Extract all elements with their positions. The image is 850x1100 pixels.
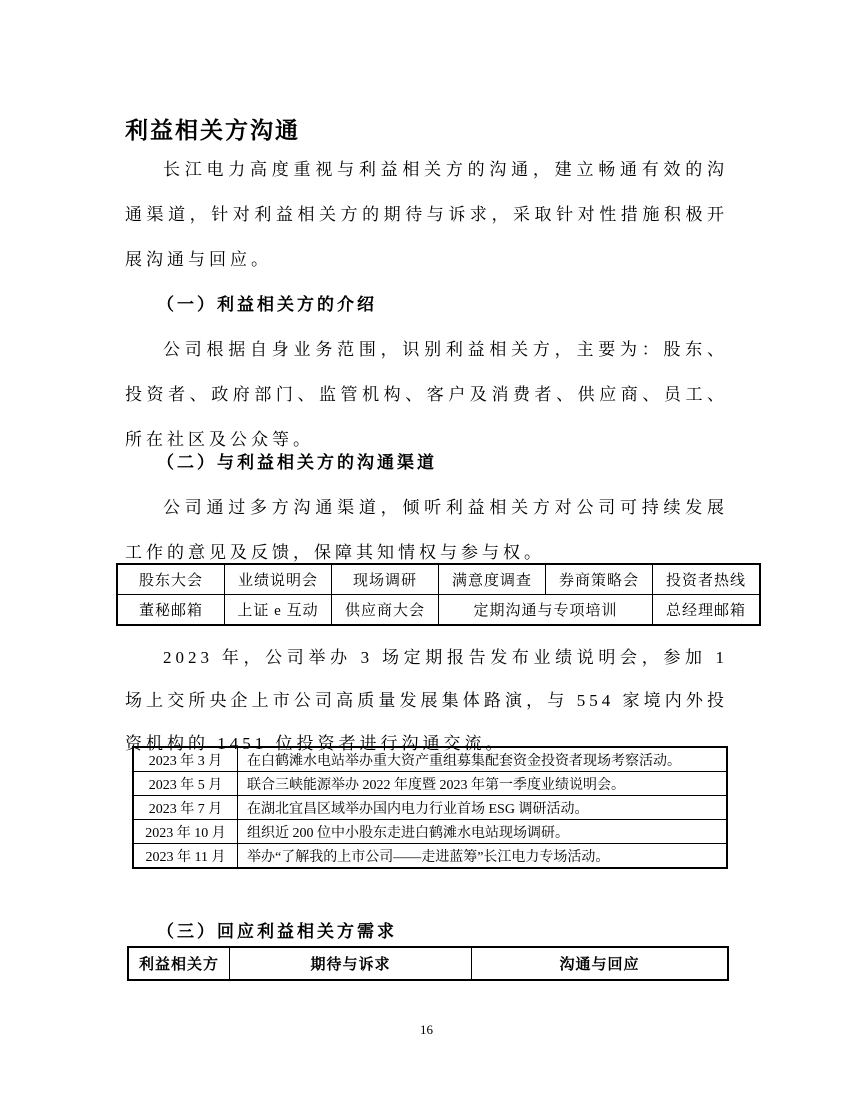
- page-title: 利益相关方沟通: [125, 113, 728, 147]
- event-row: 2023 年 7 月 在湖北宜昌区域举办国内电力行业首场 ESG 调研活动。: [133, 796, 727, 820]
- event-date: 2023 年 3 月: [133, 747, 238, 772]
- event-description: 组织近 200 位中小股东走进白鹤滩水电站现场调研。: [238, 820, 728, 844]
- intro-paragraph: 长江电力高度重视与利益相关方的沟通，建立畅通有效的沟通渠道，针对利益相关方的期待…: [125, 147, 728, 282]
- event-description: 在湖北宜昌区域举办国内电力行业首场 ESG 调研活动。: [238, 796, 728, 820]
- event-date: 2023 年 10 月: [133, 820, 238, 844]
- stakeholder-col-header: 沟通与回应: [472, 947, 729, 980]
- channel-cell: 业绩说明会: [225, 564, 332, 595]
- event-row: 2023 年 5 月 联合三峡能源举办 2022 年度暨 2023 年第一季度业…: [133, 772, 727, 796]
- section-one-heading: （一）利益相关方的介绍: [125, 282, 728, 327]
- channel-cell: 总经理邮箱: [653, 595, 761, 626]
- stakeholder-col-header: 利益相关方: [128, 947, 230, 980]
- channel-cell: 上证 e 互动: [225, 595, 332, 626]
- report-page: 利益相关方沟通 长江电力高度重视与利益相关方的沟通，建立畅通有效的沟通渠道，针对…: [0, 0, 850, 1100]
- channel-cell: 投资者热线: [653, 564, 761, 595]
- event-date: 2023 年 5 月: [133, 772, 238, 796]
- page-number: 16: [125, 1022, 728, 1038]
- channel-cell: 供应商大会: [332, 595, 439, 626]
- event-row: 2023 年 11 月 举办“了解我的上市公司——走进蓝筹”长江电力专场活动。: [133, 844, 727, 869]
- channel-cell: 券商策略会: [546, 564, 653, 595]
- event-description: 联合三峡能源举办 2022 年度暨 2023 年第一季度业绩说明会。: [238, 772, 728, 796]
- stakeholder-response-table: 利益相关方 期待与诉求 沟通与回应: [127, 946, 729, 981]
- channel-cell: 满意度调查: [439, 564, 546, 595]
- events-timeline-table: 2023 年 3 月 在白鹤滩水电站举办重大资产重组募集配套资金投资者现场考察活…: [132, 746, 728, 869]
- section-two-paragraph: 公司通过多方沟通渠道，倾听利益相关方对公司可持续发展工作的意见及反馈，保障其知情…: [125, 485, 728, 575]
- event-date: 2023 年 7 月: [133, 796, 238, 820]
- section-three-heading: （三）回应利益相关方需求: [125, 918, 728, 946]
- stakeholder-col-header: 期待与诉求: [230, 947, 472, 980]
- channel-cell: 定期沟通与专项培训: [439, 595, 653, 626]
- stakeholder-header-row: 利益相关方 期待与诉求 沟通与回应: [128, 947, 728, 980]
- channel-cell: 董秘邮箱: [117, 595, 225, 626]
- event-description: 在白鹤滩水电站举办重大资产重组募集配套资金投资者现场考察活动。: [238, 747, 728, 772]
- event-description: 举办“了解我的上市公司——走进蓝筹”长江电力专场活动。: [238, 844, 728, 869]
- channels-row-2: 董秘邮箱 上证 e 互动 供应商大会 定期沟通与专项培训 总经理邮箱: [117, 595, 760, 626]
- event-row: 2023 年 3 月 在白鹤滩水电站举办重大资产重组募集配套资金投资者现场考察活…: [133, 747, 727, 772]
- event-date: 2023 年 11 月: [133, 844, 238, 869]
- section-two-heading: （二）与利益相关方的沟通渠道: [125, 440, 728, 485]
- event-row: 2023 年 10 月 组织近 200 位中小股东走进白鹤滩水电站现场调研。: [133, 820, 727, 844]
